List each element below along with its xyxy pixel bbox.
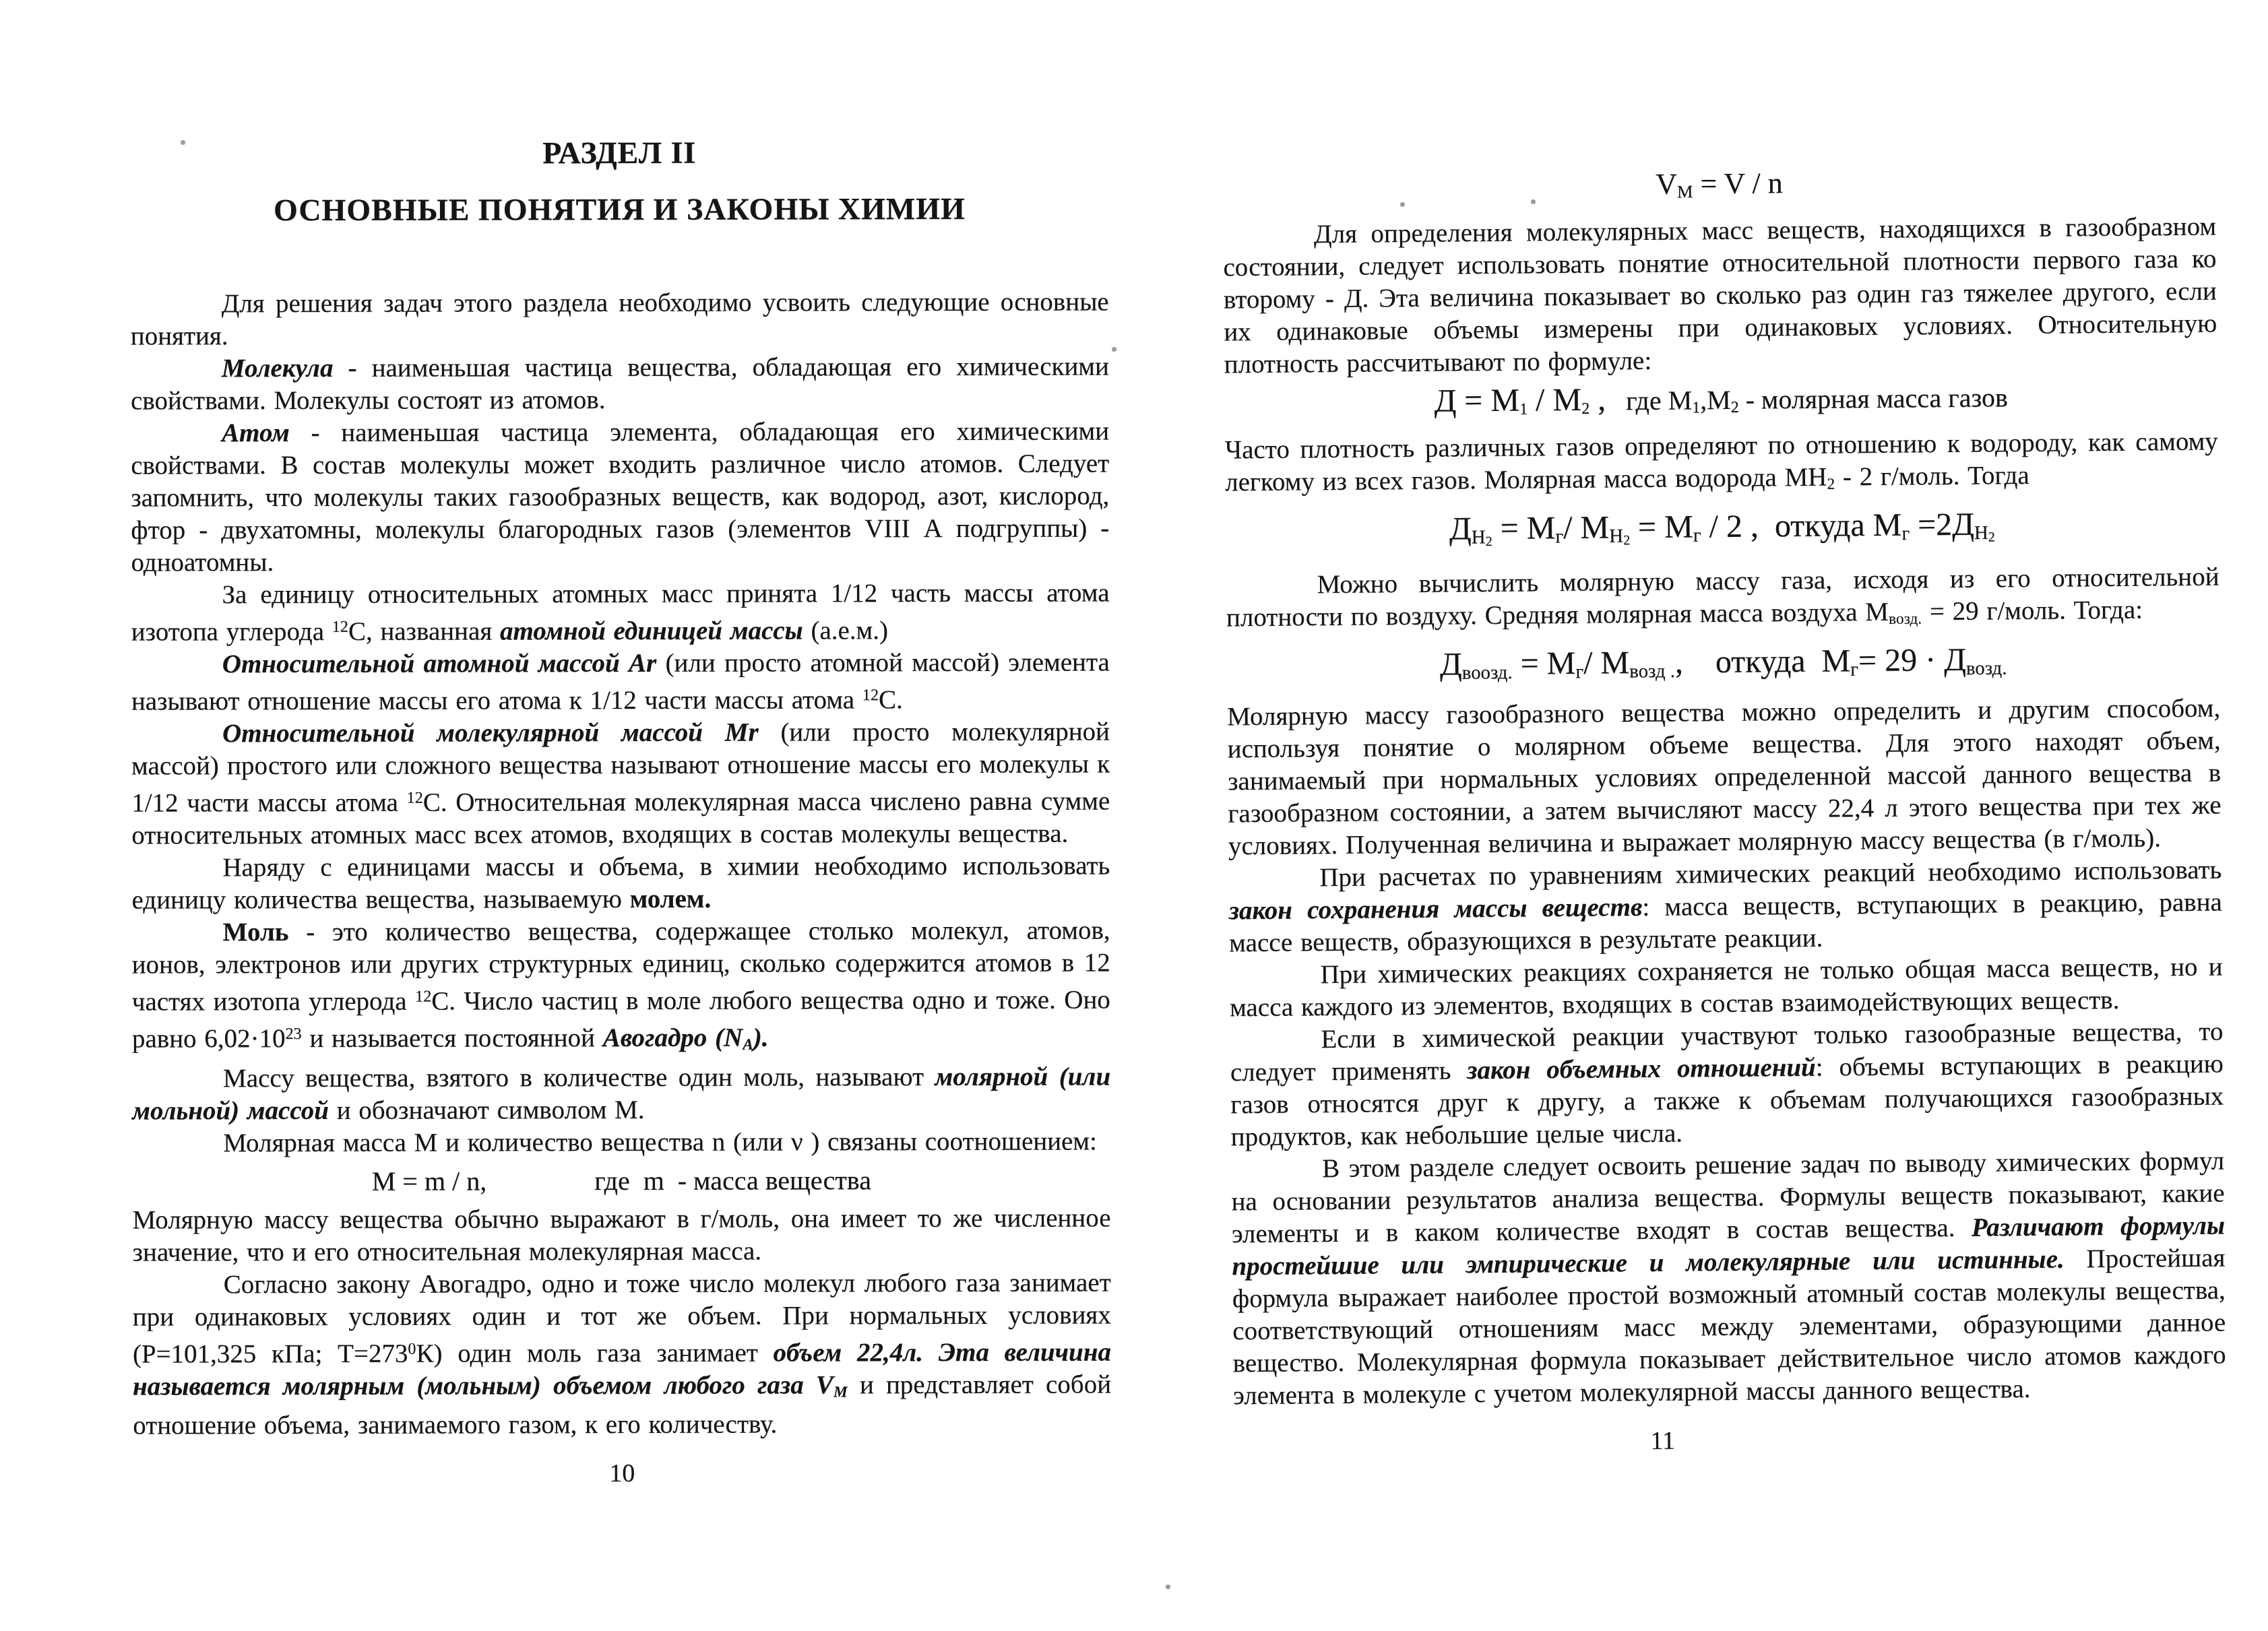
scan-artifact-dot <box>1166 1585 1170 1589</box>
paragraph-avogadro-law: Согласно закону Авогадро, одно и тоже чи… <box>133 1267 1112 1442</box>
paragraph-molar-mass-definition: Массу вещества, взятого в количестве оди… <box>132 1060 1110 1127</box>
paragraph-relative-molecular-mass: Относительной молекулярной массой Mr (ил… <box>131 716 1110 852</box>
paragraph-density-hydrogen: Часто плотность различных газов определя… <box>1225 426 2219 506</box>
paragraph-relative-atomic-mass: Относительной атомной массой Ar (или про… <box>131 647 1110 718</box>
paragraph-mole-intro: Наряду с единицами массы и объема, в хим… <box>131 850 1110 917</box>
paragraph-chemical-formulas: В этом разделе следует освоить решение з… <box>1231 1145 2226 1412</box>
paragraph-intro: Для решения задач этого раздела необходи… <box>131 286 1109 352</box>
page-number-left: 10 <box>133 1457 1111 1489</box>
formula-relative-density: Д = М1 / М2 , где М1,М2 - молярная масса… <box>1224 376 2218 430</box>
section-title-heading: ОСНОВНЫЕ ПОНЯТИЯ И ЗАКОНЫ ХИМИИ <box>130 189 1108 230</box>
paragraph-relative-density: Для определения молекулярных масс вещест… <box>1223 210 2217 381</box>
page-number-right: 11 <box>1166 1421 2159 1460</box>
page-right: VM = V / n Для определения молекулярных … <box>1221 0 2227 1459</box>
section-number-heading: РАЗДЕЛ II <box>130 132 1108 173</box>
formula-density-hydrogen: ДН2 = Мг/ МН2 = Мг / 2 , откуда Мг =2ДН2 <box>1226 501 2219 566</box>
formula-density-air: Двоозд. = Мг/ Мвозд ., откуда Мг= 29 · Д… <box>1226 637 2220 697</box>
paragraph-density-air: Можно вычислить молярную массу газа, исх… <box>1226 561 2219 641</box>
formula-molar-volume: VM = V / n <box>1222 160 2216 216</box>
paragraph-molar-mass-by-volume: Молярную массу газообразного вещества мо… <box>1227 692 2222 862</box>
paragraph-mass-conservation-law: При расчетах по уравнениям химических ре… <box>1228 854 2222 959</box>
page-left: РАЗДЕЛ II ОСНОВНЫЕ ПОНЯТИЯ И ЗАКОНЫ ХИМИ… <box>130 0 1112 1489</box>
paragraph-volume-relations-law: Если в химической реакции участвуют толь… <box>1230 1015 2224 1153</box>
formula-molar-mass: M = m / n, где m - масса вещества <box>132 1161 1110 1200</box>
paragraph-molecule-definition: Молекула - наименьшая частица вещества, … <box>131 350 1109 417</box>
paragraph-mole-definition: Моль - это количество вещества, содержащ… <box>132 915 1110 1062</box>
book-spread: РАЗДЕЛ II ОСНОВНЫЕ ПОНЯТИЯ И ЗАКОНЫ ХИМИ… <box>0 0 2268 1631</box>
paragraph-element-mass-conservation: При химических реакциях сохраняется не т… <box>1229 951 2223 1024</box>
paragraph-molar-mass-units: Молярную массу вещества обычно выражают … <box>132 1202 1110 1269</box>
paragraph-atom-definition: Атом - наименьшая частица элемента, обла… <box>131 415 1109 579</box>
paragraph-molar-mass-relation: Молярная масса М и количество вещества n… <box>132 1125 1110 1159</box>
scan-artifact-dot <box>1112 347 1116 352</box>
paragraph-atomic-mass-unit: За единицу относительных атомных масс пр… <box>131 577 1109 648</box>
